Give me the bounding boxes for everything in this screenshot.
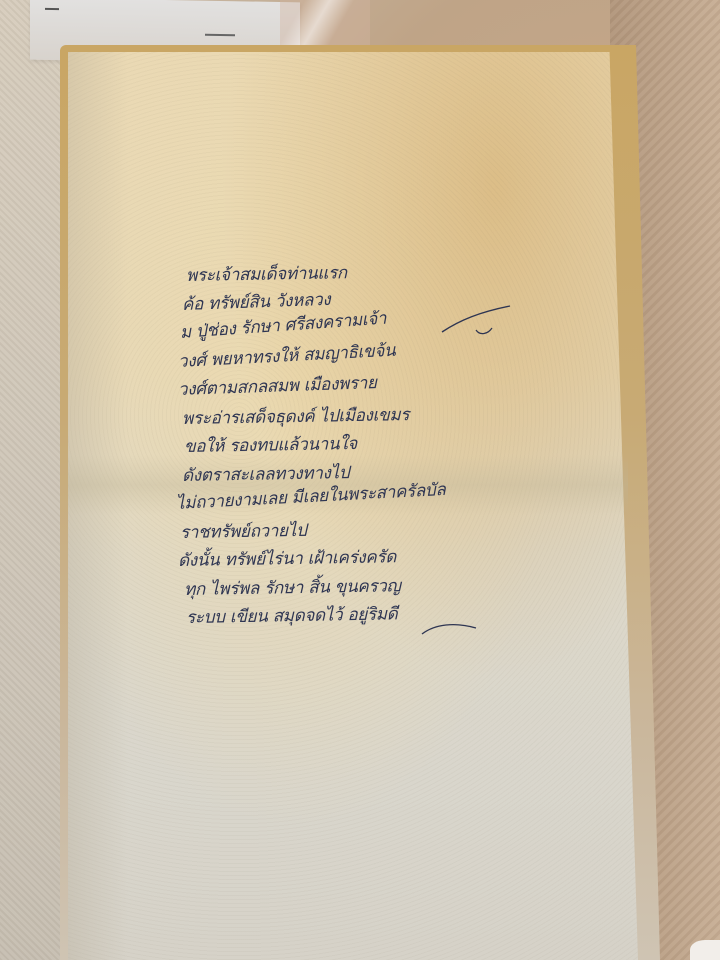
strip-mark — [205, 34, 235, 37]
strip-mark — [45, 8, 59, 10]
tissue-corner — [690, 940, 720, 960]
handwritten-text-block: พระเจ้าสมเด็จท่านแรก ค้อ ทรัพย์สิน วังหล… — [178, 262, 538, 633]
handwritten-line: ระบบ เขียน สมุดจดไว้ อยู่ริมดี — [186, 598, 538, 633]
photo-scene: พระเจ้าสมเด็จท่านแรก ค้อ ทรัพย์สิน วังหล… — [0, 0, 720, 960]
book-cover-left-edge — [0, 0, 66, 960]
